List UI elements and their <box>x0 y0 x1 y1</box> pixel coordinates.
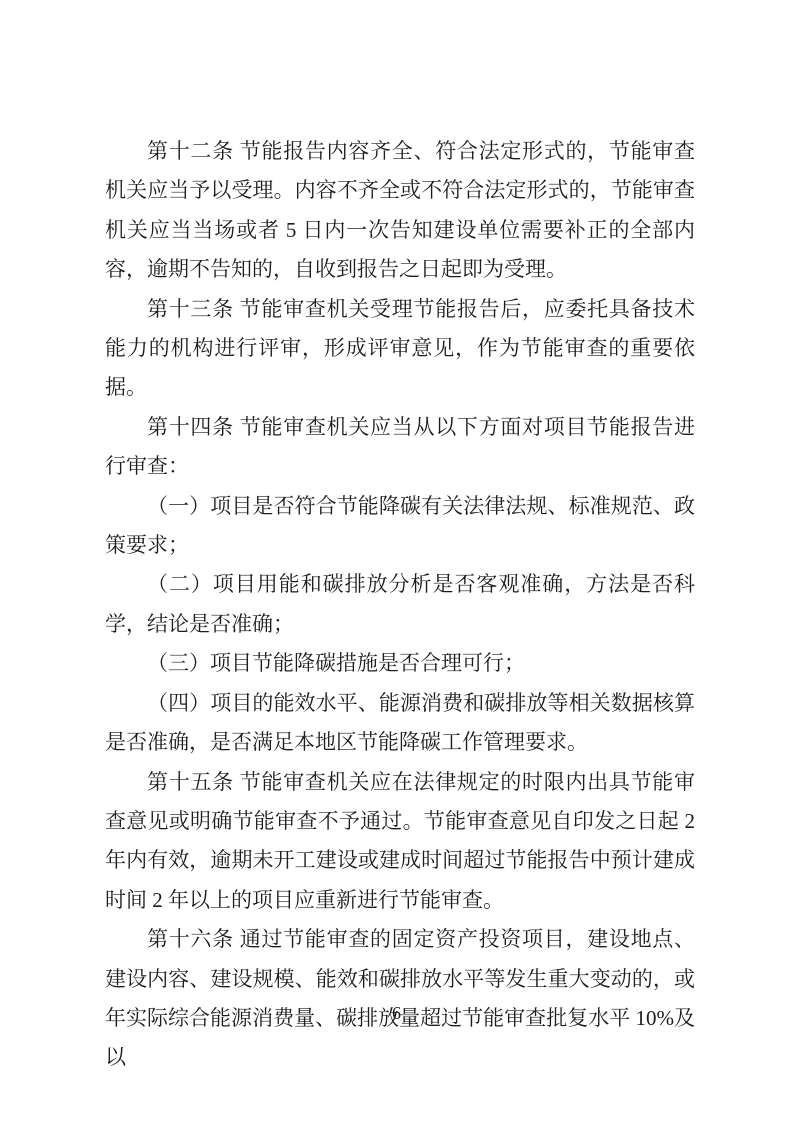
paragraph-article-14-item-1: （一）项目是否符合节能降碳有关法律法规、标准规范、政策要求； <box>105 487 695 566</box>
document-body: 第十二条 节能报告内容齐全、符合法定形式的，节能审查机关应当予以受理。内容不齐全… <box>105 132 695 1078</box>
paragraph-article-14: 第十四条 节能审查机关应当从以下方面对项目节能报告进行审查： <box>105 408 695 487</box>
paragraph-article-16: 第十六条 通过节能审查的固定资产投资项目，建设地点、建设内容、建设规模、能效和碳… <box>105 920 695 1078</box>
paragraph-article-14-item-4: （四）项目的能效水平、能源消费和碳排放等相关数据核算是否准确，是否满足本地区节能… <box>105 684 695 763</box>
paragraph-article-12: 第十二条 节能报告内容齐全、符合法定形式的，节能审查机关应当予以受理。内容不齐全… <box>105 132 695 290</box>
paragraph-article-13: 第十三条 节能审查机关受理节能报告后，应委托具备技术能力的机构进行评审，形成评审… <box>105 290 695 408</box>
paragraph-article-14-item-2: （二）项目用能和碳排放分析是否客观准确，方法是否科学，结论是否准确； <box>105 565 695 644</box>
paragraph-article-15: 第十五条 节能审查机关应在法律规定的时限内出具节能审查意见或明确节能审查不予通过… <box>105 763 695 921</box>
document-page: 第十二条 节能报告内容齐全、符合法定形式的，节能审查机关应当予以受理。内容不齐全… <box>0 0 793 1122</box>
page-number: 6 <box>0 1000 793 1026</box>
paragraph-article-14-item-3: （三）项目节能降碳措施是否合理可行； <box>105 644 695 683</box>
